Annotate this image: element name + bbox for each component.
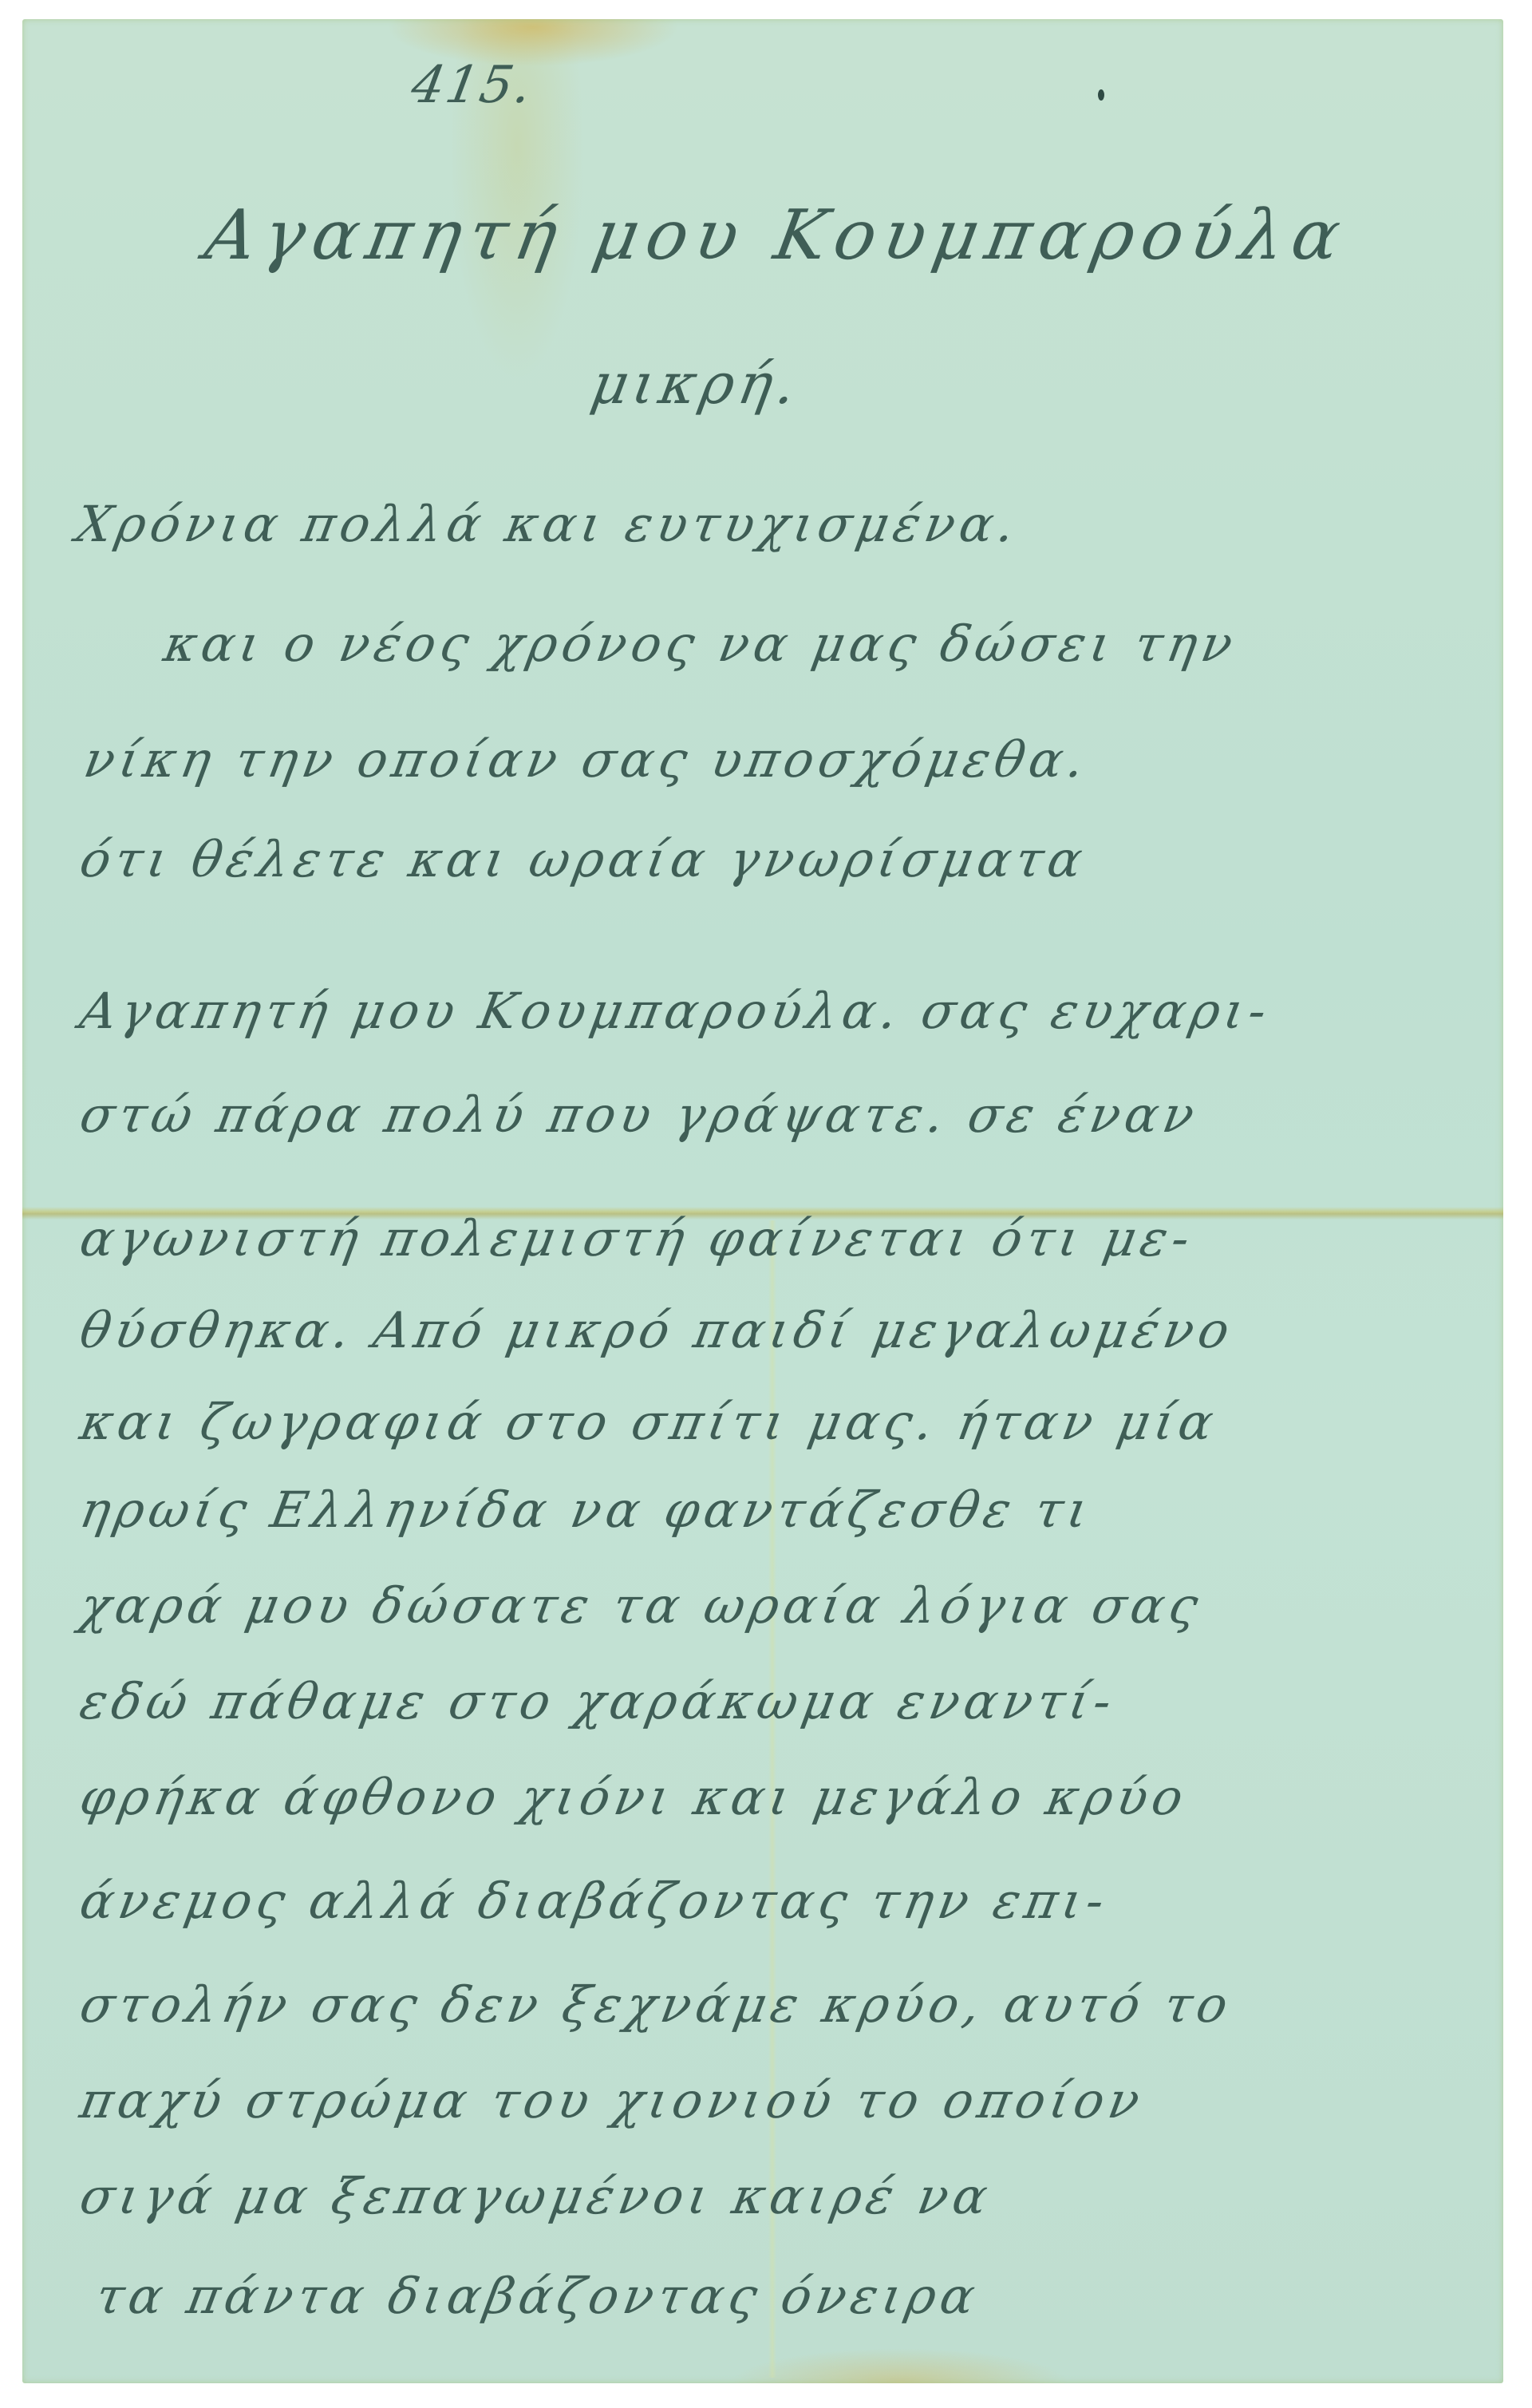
body-line-5: Αγαπητή μου Κουμπαρούλα. σας ευχαρι- <box>76 982 1276 1040</box>
body-line-6: στώ πάρα πολύ που γράψατε. σε έναν <box>76 1085 1203 1144</box>
body-line-3: νίκη την οποίαν σας υποσχόμεθα. <box>80 730 1093 789</box>
body-line-7: αγωνιστή πολεμιστή φαίνεται ότι με- <box>76 1209 1198 1267</box>
salutation-line-2: μικρή. <box>586 351 806 417</box>
ink-dot-mark <box>1098 89 1104 101</box>
body-line-10: ηρωίς Ελληνίδα να φαντάζεσθε τι <box>76 1481 1097 1539</box>
body-line-15: στολήν σας δεν ξεχνάμε κρύο, αυτό το <box>76 1975 1237 2034</box>
body-line-14: άνεμος αλλά διαβάζοντας την επι- <box>76 1872 1113 1930</box>
body-line-11: χαρά μου δώσατε τα ωραία λόγια σας <box>76 1576 1207 1635</box>
body-line-4: ότι θέλετε και ωραία γνωρίσματα <box>76 830 1092 888</box>
body-line-8: θύσθηκα. Από μικρό παιδί μεγαλωμένο <box>76 1301 1238 1359</box>
body-line-1: Χρόνια πολλά και ευτυχισμένα. <box>72 495 1024 553</box>
salutation: Αγαπητή μου Κουμπαρούλα <box>199 196 1354 275</box>
body-line-16: παχύ στρώμα του χιονιού το οποίον <box>76 2071 1149 2129</box>
body-line-2: και ο νέος χρόνος να μας δώσει την <box>160 615 1242 673</box>
body-line-17: σιγά μα ξεπαγωμένοι καιρέ να <box>76 2167 997 2225</box>
body-line-12: εδώ πάθαμε στο χαράκωμα εναντί- <box>76 1672 1120 1730</box>
body-line-13: φρήκα άφθονο χιόνι και μεγάλο κρύο <box>76 1768 1192 1826</box>
page-number: 415. <box>407 56 538 115</box>
body-line-18: τα πάντα διαβάζοντας όνειρα <box>92 2267 984 2325</box>
body-line-9: και ζωγραφιά στο σπίτι μας. ήταν μία <box>76 1393 1222 1451</box>
